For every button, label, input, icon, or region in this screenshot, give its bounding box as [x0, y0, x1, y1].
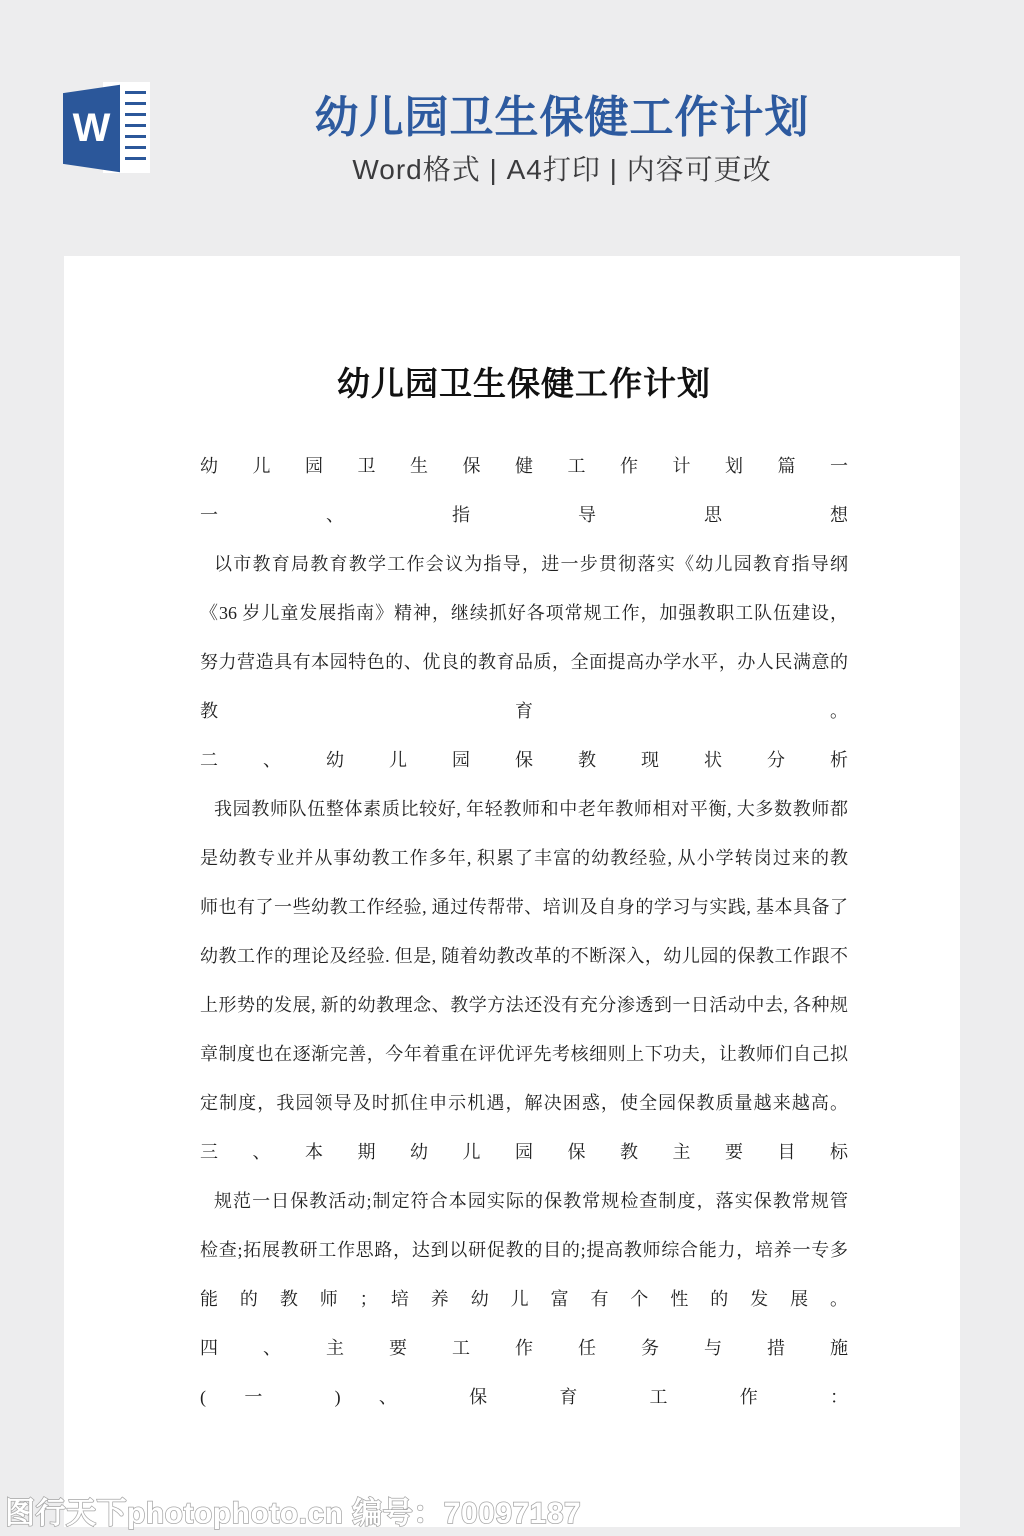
document-line: 二 、 幼 儿 园 保 教 现 状 分 析	[200, 736, 848, 785]
document-line: 我园教师队伍整体素质比较好, 年轻教师和中老年教师相对平衡, 大多数教师都	[200, 785, 848, 834]
document-line: 努力营造具有本园特色的、优良的教育品质，全面提高办学水平，办人民满意的	[200, 638, 848, 687]
word-icon-flag: W	[63, 82, 120, 175]
document-line: 一 、 指 导 思 想	[200, 491, 848, 540]
document-title: 幼儿园卫生保健工作计划	[200, 353, 848, 417]
document-line: 以市教育局教育教学工作会议为指导，进一步贯彻落实《幼儿园教育指导纲要》、	[200, 540, 848, 589]
document-line: 规范一日保教活动;制定符合本园实际的保教常规检查制度，落实保教常规管理、	[200, 1177, 848, 1226]
document-line: 幼 儿 园 卫 生 保 健 工 作 计 划 篇 一	[200, 442, 848, 491]
document-line: 《36 岁儿童发展指南》精神，继续抓好各项常规工作，加强教职工队伍建设，	[200, 589, 848, 638]
document-body: 幼 儿 园 卫 生 保 健 工 作 计 划 篇 一一 、 指 导 思 想以市教育…	[200, 442, 848, 1422]
document-line: 能 的 教 师 ； 培 养 幼 儿 富 有 个 性 的 发 展 。	[200, 1275, 848, 1324]
document-line: 检查;拓展教研工作思路，达到以研促教的目的;提高教师综合能力，培养一专多	[200, 1226, 848, 1275]
document-line: 上形势的发展, 新的幼教理念、教学方法还没有充分渗透到一日活动中去, 各种规	[200, 981, 848, 1030]
document-line: 师也有了一些幼教工作经验, 通过传帮带、培训及自身的学习与实践, 基本具备了	[200, 883, 848, 932]
document-line: 定制度，我园领导及时抓住申示机遇，解决困惑，使全园保教质量越来越高。	[200, 1079, 848, 1128]
word-icon-letter: W	[73, 108, 111, 150]
page-subtitle: Word格式 | A4打印 | 内容可更改	[130, 152, 994, 188]
document-page: 幼儿园卫生保健工作计划 幼 儿 园 卫 生 保 健 工 作 计 划 篇 一一 、…	[64, 256, 960, 1527]
document-line: ( 一 ) 、 保 育 工 作 ：	[200, 1373, 848, 1422]
document-line: 是幼教专业并从事幼教工作多年, 积累了丰富的幼教经验, 从小学转岗过来的教	[200, 834, 848, 883]
document-line: 三 、 本 期 幼 儿 园 保 教 主 要 目 标	[200, 1128, 848, 1177]
document-line: 幼教工作的理论及经验. 但是, 随着幼教改革的不断深入，幼儿园的保教工作跟不	[200, 932, 848, 981]
header: W 幼儿园卫生保健工作计划 Word格式 | A4打印 | 内容可更改	[0, 0, 1024, 256]
document-line: 教 育 。	[200, 687, 848, 736]
document-line: 章制度也在逐渐完善，今年着重在评优评先考核细则上下功夫，让教师们自己拟	[200, 1030, 848, 1079]
document-line: 四 、 主 要 工 作 任 务 与 措 施	[200, 1324, 848, 1373]
watermark: 图行天下photophoto.cn 编号：70097187	[5, 1488, 581, 1532]
page-title: 幼儿园卫生保健工作计划	[130, 92, 994, 144]
